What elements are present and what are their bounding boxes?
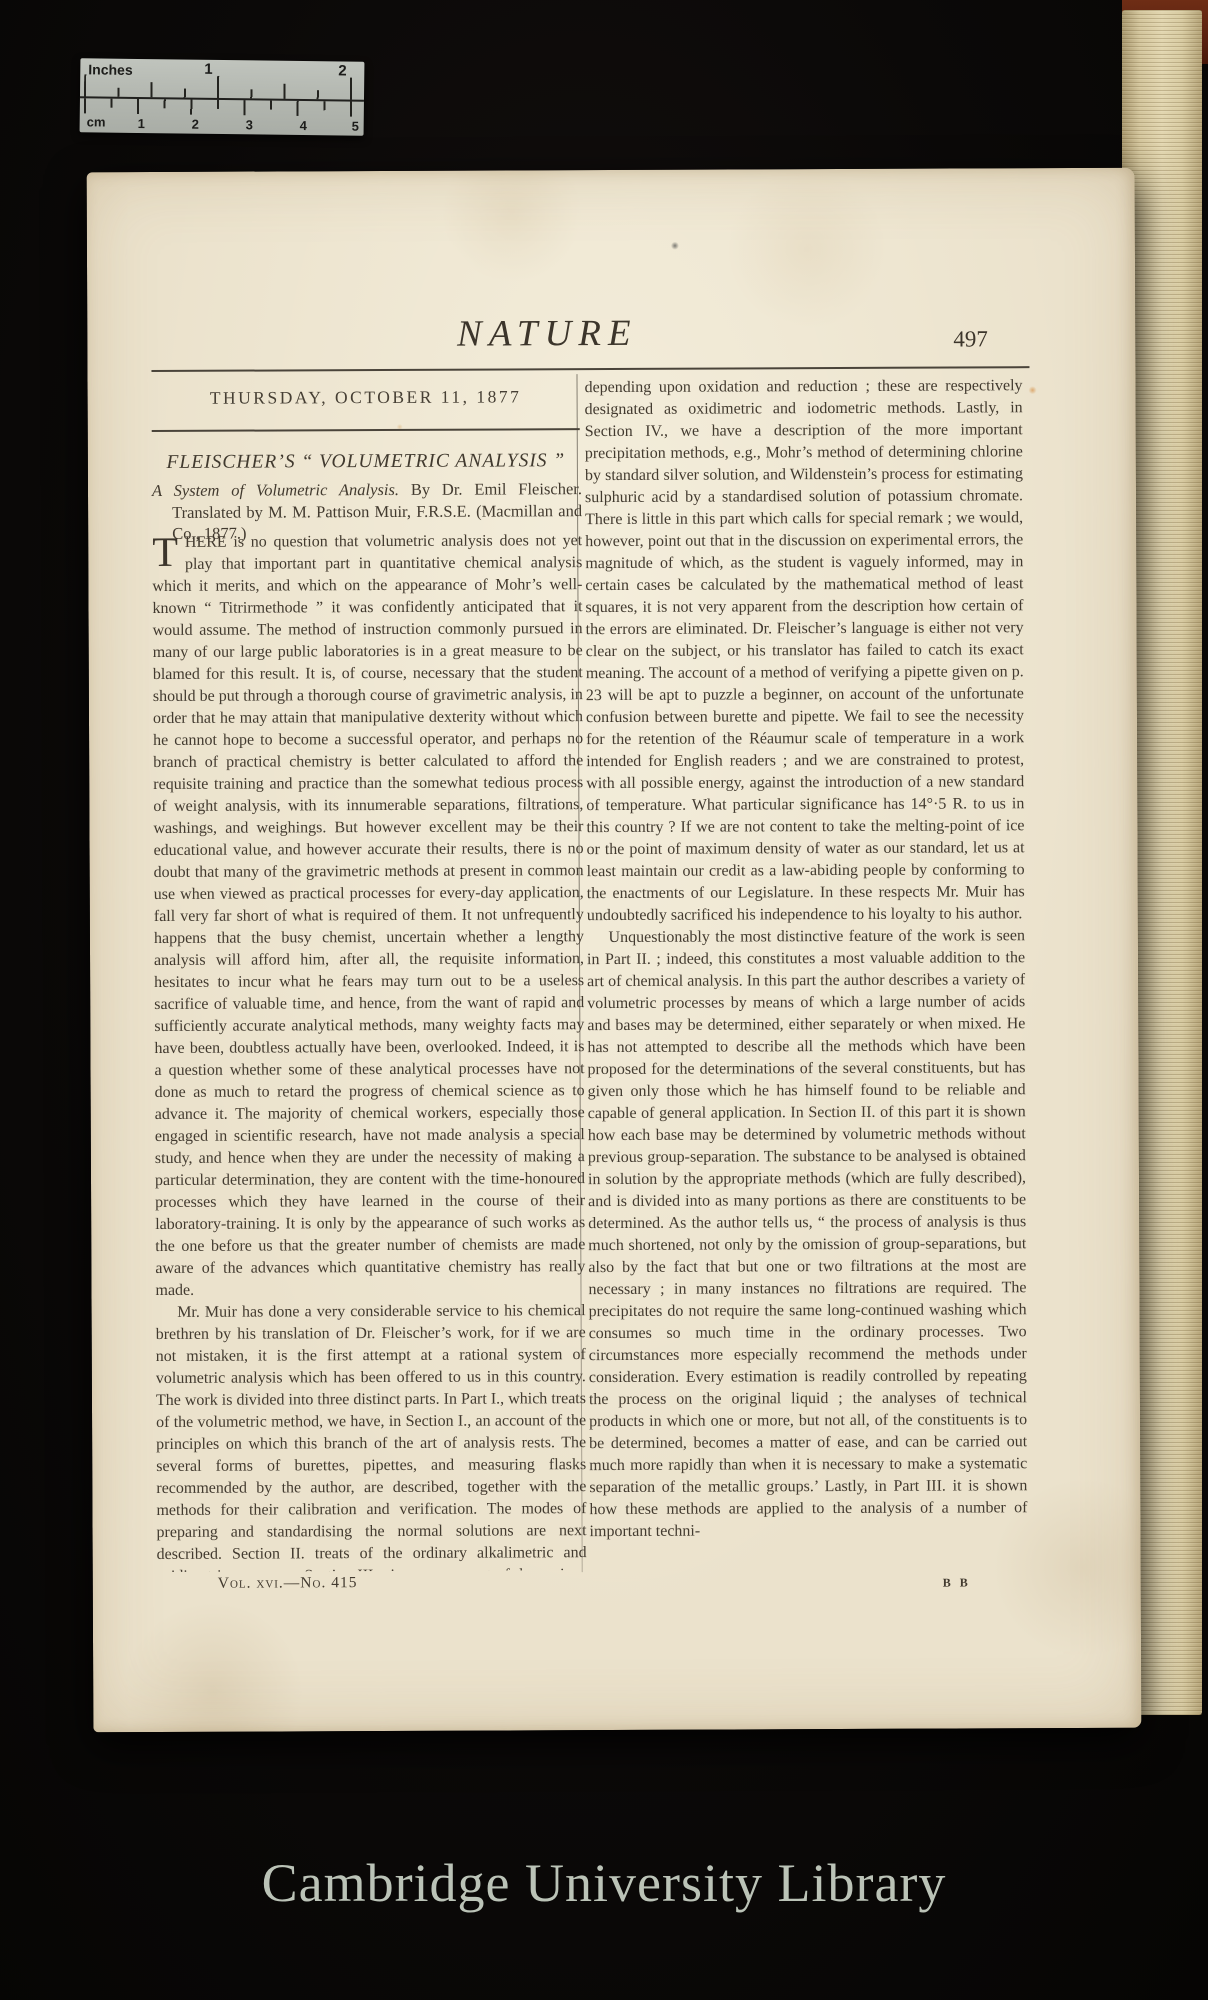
library-scan-stage: Inches 1 2 cm 1 2 3 4 5 NATURE 497 THURS… (0, 0, 1208, 2000)
article-title: FLEISCHER’S “ VOLUMETRIC ANALYSIS ” (148, 450, 584, 474)
issue-date: THURSDAY, OCTOBER 11, 1877 (152, 386, 580, 409)
ruler-cm-ticks (84, 98, 362, 121)
page-number: 497 (953, 326, 988, 352)
scanned-journal-page: NATURE 497 THURSDAY, OCTOBER 11, 1877 FL… (87, 168, 1142, 1733)
measurement-ruler: Inches 1 2 cm 1 2 3 4 5 (80, 58, 365, 135)
citation-book-title: A System of Volumetric Analysis. (152, 480, 399, 500)
header-rule (151, 366, 1029, 372)
cm-ticks (84, 98, 362, 116)
drop-cap: T (152, 532, 185, 572)
printers-signature-mark: B B (943, 1575, 971, 1590)
article-column-right: depending upon oxidation and reduction ;… (585, 375, 1028, 1543)
ruler-cm-number-5: 5 (352, 119, 359, 134)
ruler-cm-number-3: 3 (246, 117, 253, 132)
article-column-left: THERE is no question that volumetric ana… (152, 530, 587, 1572)
left-column-paragraph-1: THERE is no question that volumetric ana… (152, 530, 585, 1302)
volume-issue-footer: Vol. xvi.—No. 415 (218, 1574, 358, 1593)
library-watermark: Cambridge University Library (0, 1852, 1208, 1914)
left-column-paragraph-2: Mr. Muir has done a very considerable se… (156, 1300, 587, 1572)
date-rule (152, 428, 580, 432)
left-paragraph-1-text: HERE is no question that volumetric anal… (152, 532, 585, 1299)
right-column-paragraph-1: depending upon oxidation and reduction ;… (585, 375, 1025, 927)
right-column-paragraph-2: Unquestionably the most distinctive feat… (587, 925, 1028, 1543)
ruler-cm-number-4: 4 (300, 118, 307, 133)
ruler-cm-number-2: 2 (192, 117, 199, 132)
ruler-cm-number-1: 1 (138, 116, 145, 131)
ruler-cm-label: cm (87, 114, 106, 129)
journal-title: NATURE (127, 310, 967, 357)
